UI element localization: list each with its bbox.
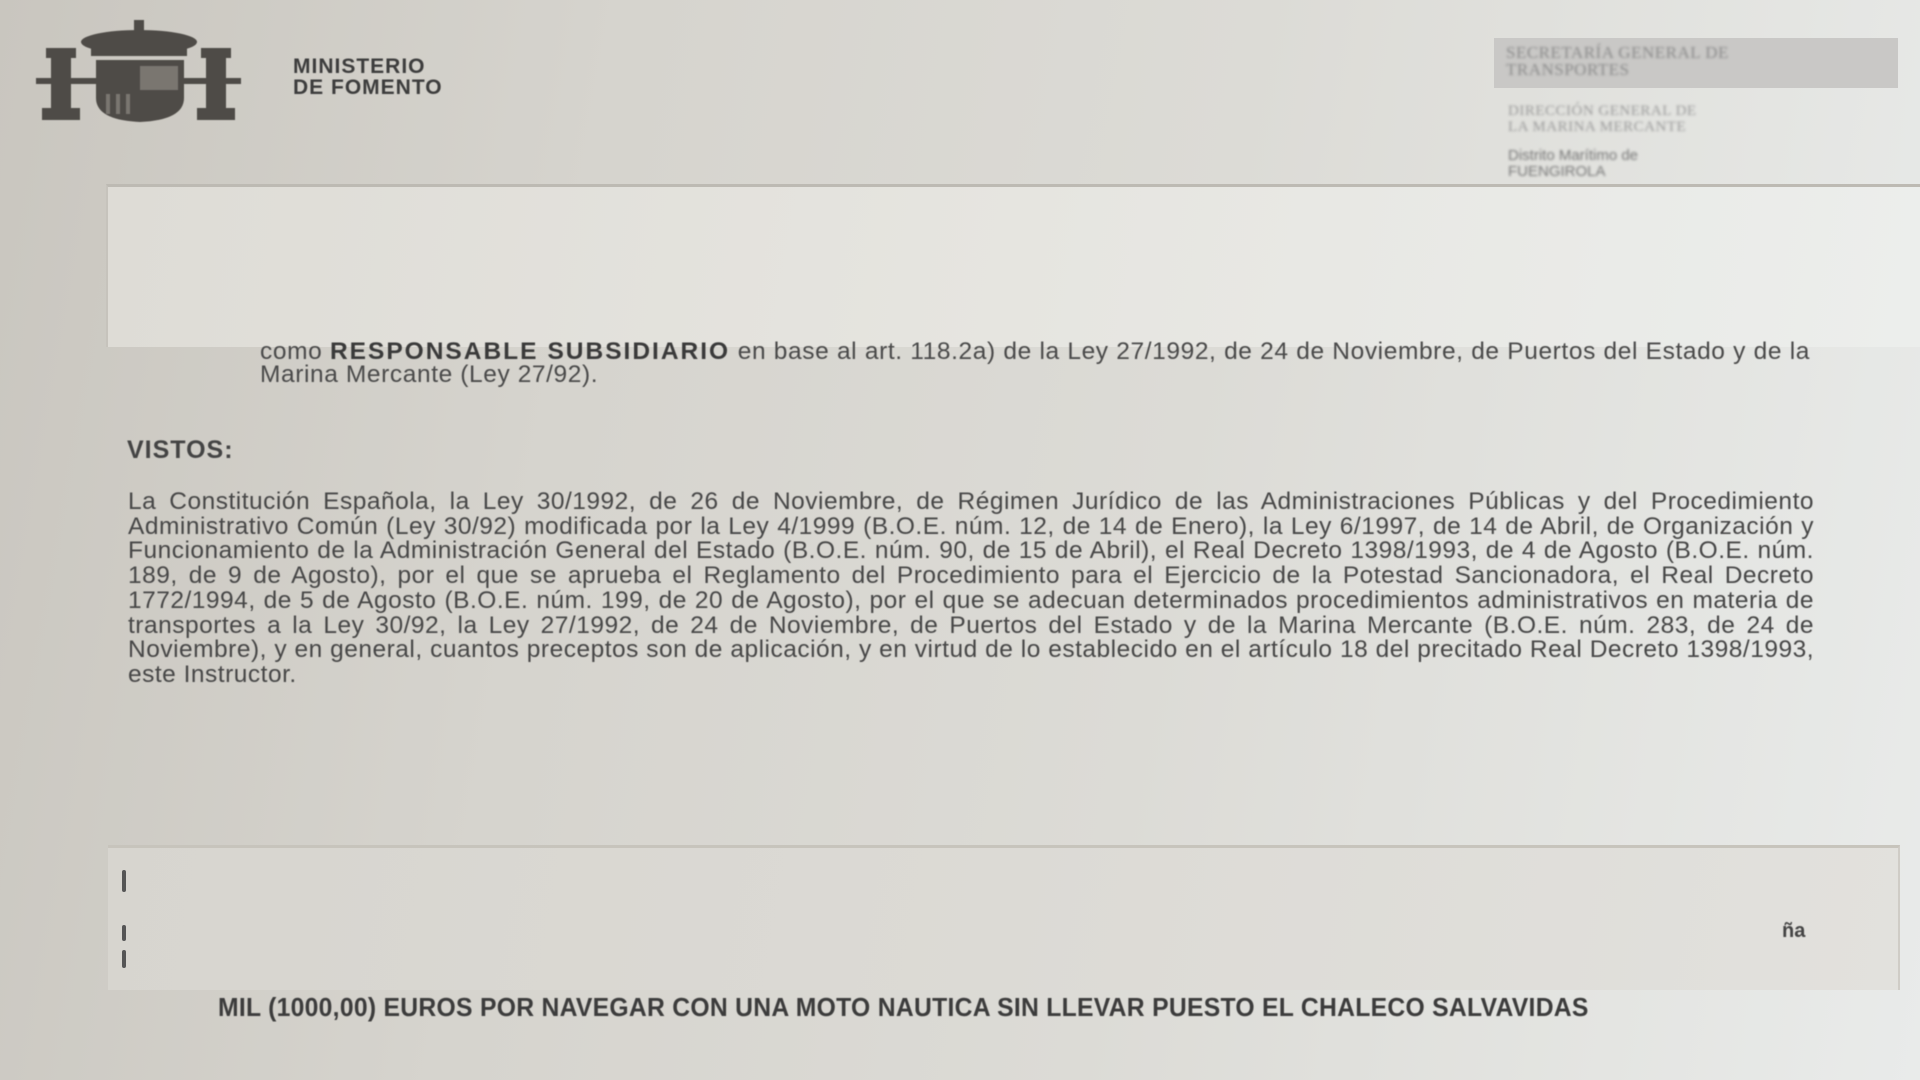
ministry-name: MINISTERIO DE FOMENTO <box>293 56 443 98</box>
distrito-line-1: Distrito Marítimo de <box>1508 148 1638 164</box>
sanction-text: MIL (1000,00) EUROS POR NAVEGAR CON UNA … <box>218 994 1757 1021</box>
vistos-heading: VISTOS: <box>127 436 234 465</box>
secretaria-line-1: SECRETARÍA GENERAL DE <box>1506 44 1729 61</box>
responsable-paragraph: como RESPONSABLE SUBSIDIARIO en base al … <box>260 340 1810 386</box>
spain-coat-of-arms-icon <box>36 18 241 123</box>
direccion-line-1: DIRECCIÓN GENERAL DE <box>1508 103 1697 119</box>
redaction-mark <box>122 950 126 968</box>
distrito-maritimo: Distrito Marítimo de FUENGIROLA <box>1508 148 1638 180</box>
redacted-block-bottom <box>108 845 1900 990</box>
vistos-paragraph: La Constitución Española, la Ley 30/1992… <box>128 490 1814 688</box>
direccion-general: DIRECCIÓN GENERAL DE LA MARINA MERCANTE <box>1508 103 1697 135</box>
direccion-line-2: LA MARINA MERCANTE <box>1508 119 1697 135</box>
ministry-line-1: MINISTERIO <box>293 56 443 77</box>
redaction-mark <box>122 925 126 941</box>
ministry-line-2: DE FOMENTO <box>293 77 443 98</box>
redaction-mark <box>122 870 126 892</box>
secretaria-general: SECRETARÍA GENERAL DE TRANSPORTES <box>1506 44 1729 78</box>
redacted-block-top <box>106 184 1920 347</box>
distrito-line-2: FUENGIROLA <box>1508 164 1638 180</box>
redacted-fragment: ña <box>1782 920 1805 943</box>
secretaria-line-2: TRANSPORTES <box>1506 61 1729 78</box>
